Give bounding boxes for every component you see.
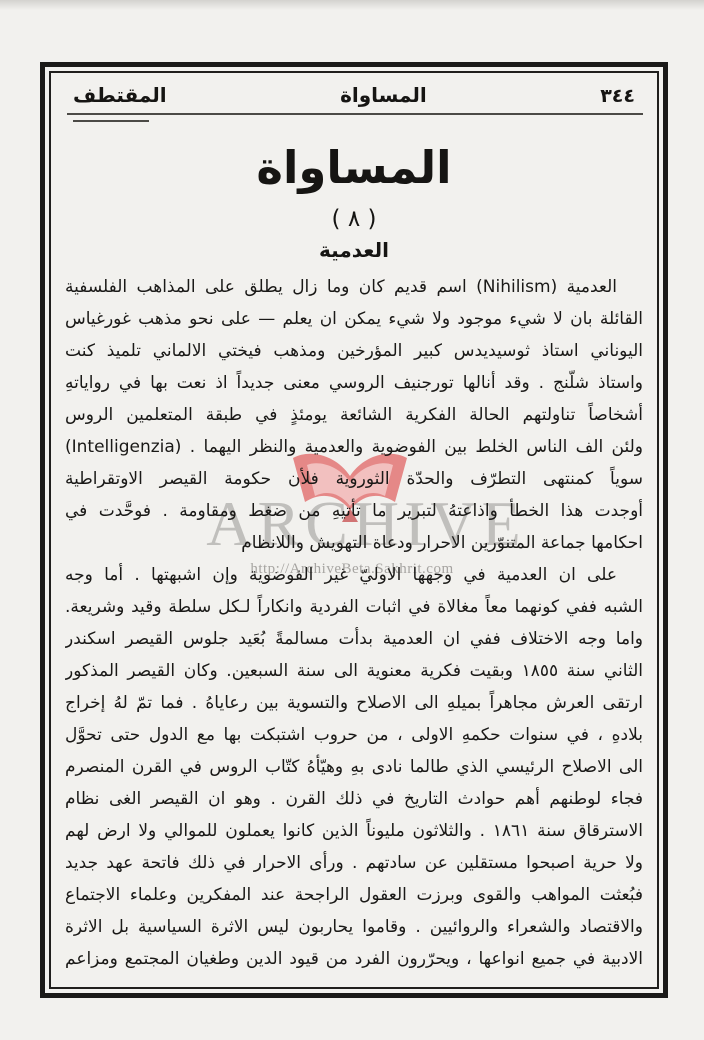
- header-rule: [63, 110, 645, 124]
- text-line: ارتقى العرش مجاهراً بميلهِ الى الاصلاح و…: [65, 687, 643, 719]
- page-frame-inner: ٣٤٤ المساواة المقتطف المساواة ( ٨ ) العد…: [49, 71, 659, 989]
- text-line: ولئن الف الناس الخلط بين الفوضوية والعدم…: [65, 431, 643, 463]
- text-line: على ان العدمية في وجهها الاوليّ غير الفو…: [65, 559, 643, 591]
- scanned-page: ARCHIVE http://ArchiveBeta.Sakhrit.com ٣…: [0, 0, 704, 1040]
- text-line: الادبية في جميع انواعها ، ويحرّرون الفرد…: [65, 943, 643, 975]
- text-line: احكامها جماعة المتنوّرين الاحرار ودعاة ا…: [65, 527, 643, 559]
- text-line: الى الاصلاح الرئيسي الذي طالما نادى بهِ …: [65, 751, 643, 783]
- text-line: سوياً كمنتهى التطرّف والحدّة الثوروية فل…: [65, 463, 643, 495]
- article-title: المساواة: [63, 142, 645, 194]
- text-line: أشخاصاً تناولتهم الحالة الفكرية الشائعة …: [65, 399, 643, 431]
- text-line: واستاذ شلّنج . وقد أنالها تورجنيف الروسي…: [65, 367, 643, 399]
- text-line: العدمية ⁦(Nihilism)⁩ اسم قديم كان وما زا…: [65, 271, 643, 303]
- text-line: فجاء لوطنهم أهم حوادث التاريخ في ذلك الق…: [65, 783, 643, 815]
- section-number: ( ٨ ): [63, 206, 645, 232]
- scan-artifact: [0, 0, 704, 10]
- text-line: والاقتصاد والشعراء والروائيين . وقاموا ي…: [65, 911, 643, 943]
- header-rule-segment: [73, 120, 149, 122]
- page-number: ٣٤٤: [600, 85, 635, 107]
- text-line: القائلة بان لا شيء موجود ولا شيء يمكن ان…: [65, 303, 643, 335]
- text-line: الشبه ففي كونهما معاً مغالاة في اثبات ال…: [65, 591, 643, 623]
- body-text: العدمية ⁦(Nihilism)⁩ اسم قديم كان وما زا…: [63, 271, 645, 975]
- text-line: واما وجه الاختلاف ففي ان العدمية بدأت مس…: [65, 623, 643, 655]
- running-title: المساواة: [340, 83, 427, 107]
- article-subtitle: العدمية: [63, 238, 645, 262]
- text-line: الاسترقاق سنة ١٨٦١ . والثلاثون مليوناً ا…: [65, 815, 643, 847]
- text-line: اليوناني استاذ ثوسيديدس كبير المؤرخين وم…: [65, 335, 643, 367]
- text-line: فبُعثت المواهب والقوى وبرزت العقول الراج…: [65, 879, 643, 911]
- page-header: ٣٤٤ المساواة المقتطف: [63, 81, 645, 107]
- text-line: ولا حرية اصبحوا مستقلين عن سادتهم . ورأى…: [65, 847, 643, 879]
- text-line: بلادهِ ، في سنوات حكمهِ الاولى ، من حروب…: [65, 719, 643, 751]
- text-line: أوجدت هذا الخطأ واذاعتهُ لتبرير ما تأتيه…: [65, 495, 643, 527]
- page-frame: ٣٤٤ المساواة المقتطف المساواة ( ٨ ) العد…: [40, 62, 668, 998]
- text-line: الثاني سنة ١٨٥٥ وبقيت فكرية معنوية الى س…: [65, 655, 643, 687]
- header-rule-line: [67, 113, 643, 115]
- journal-name: المقتطف: [73, 83, 167, 107]
